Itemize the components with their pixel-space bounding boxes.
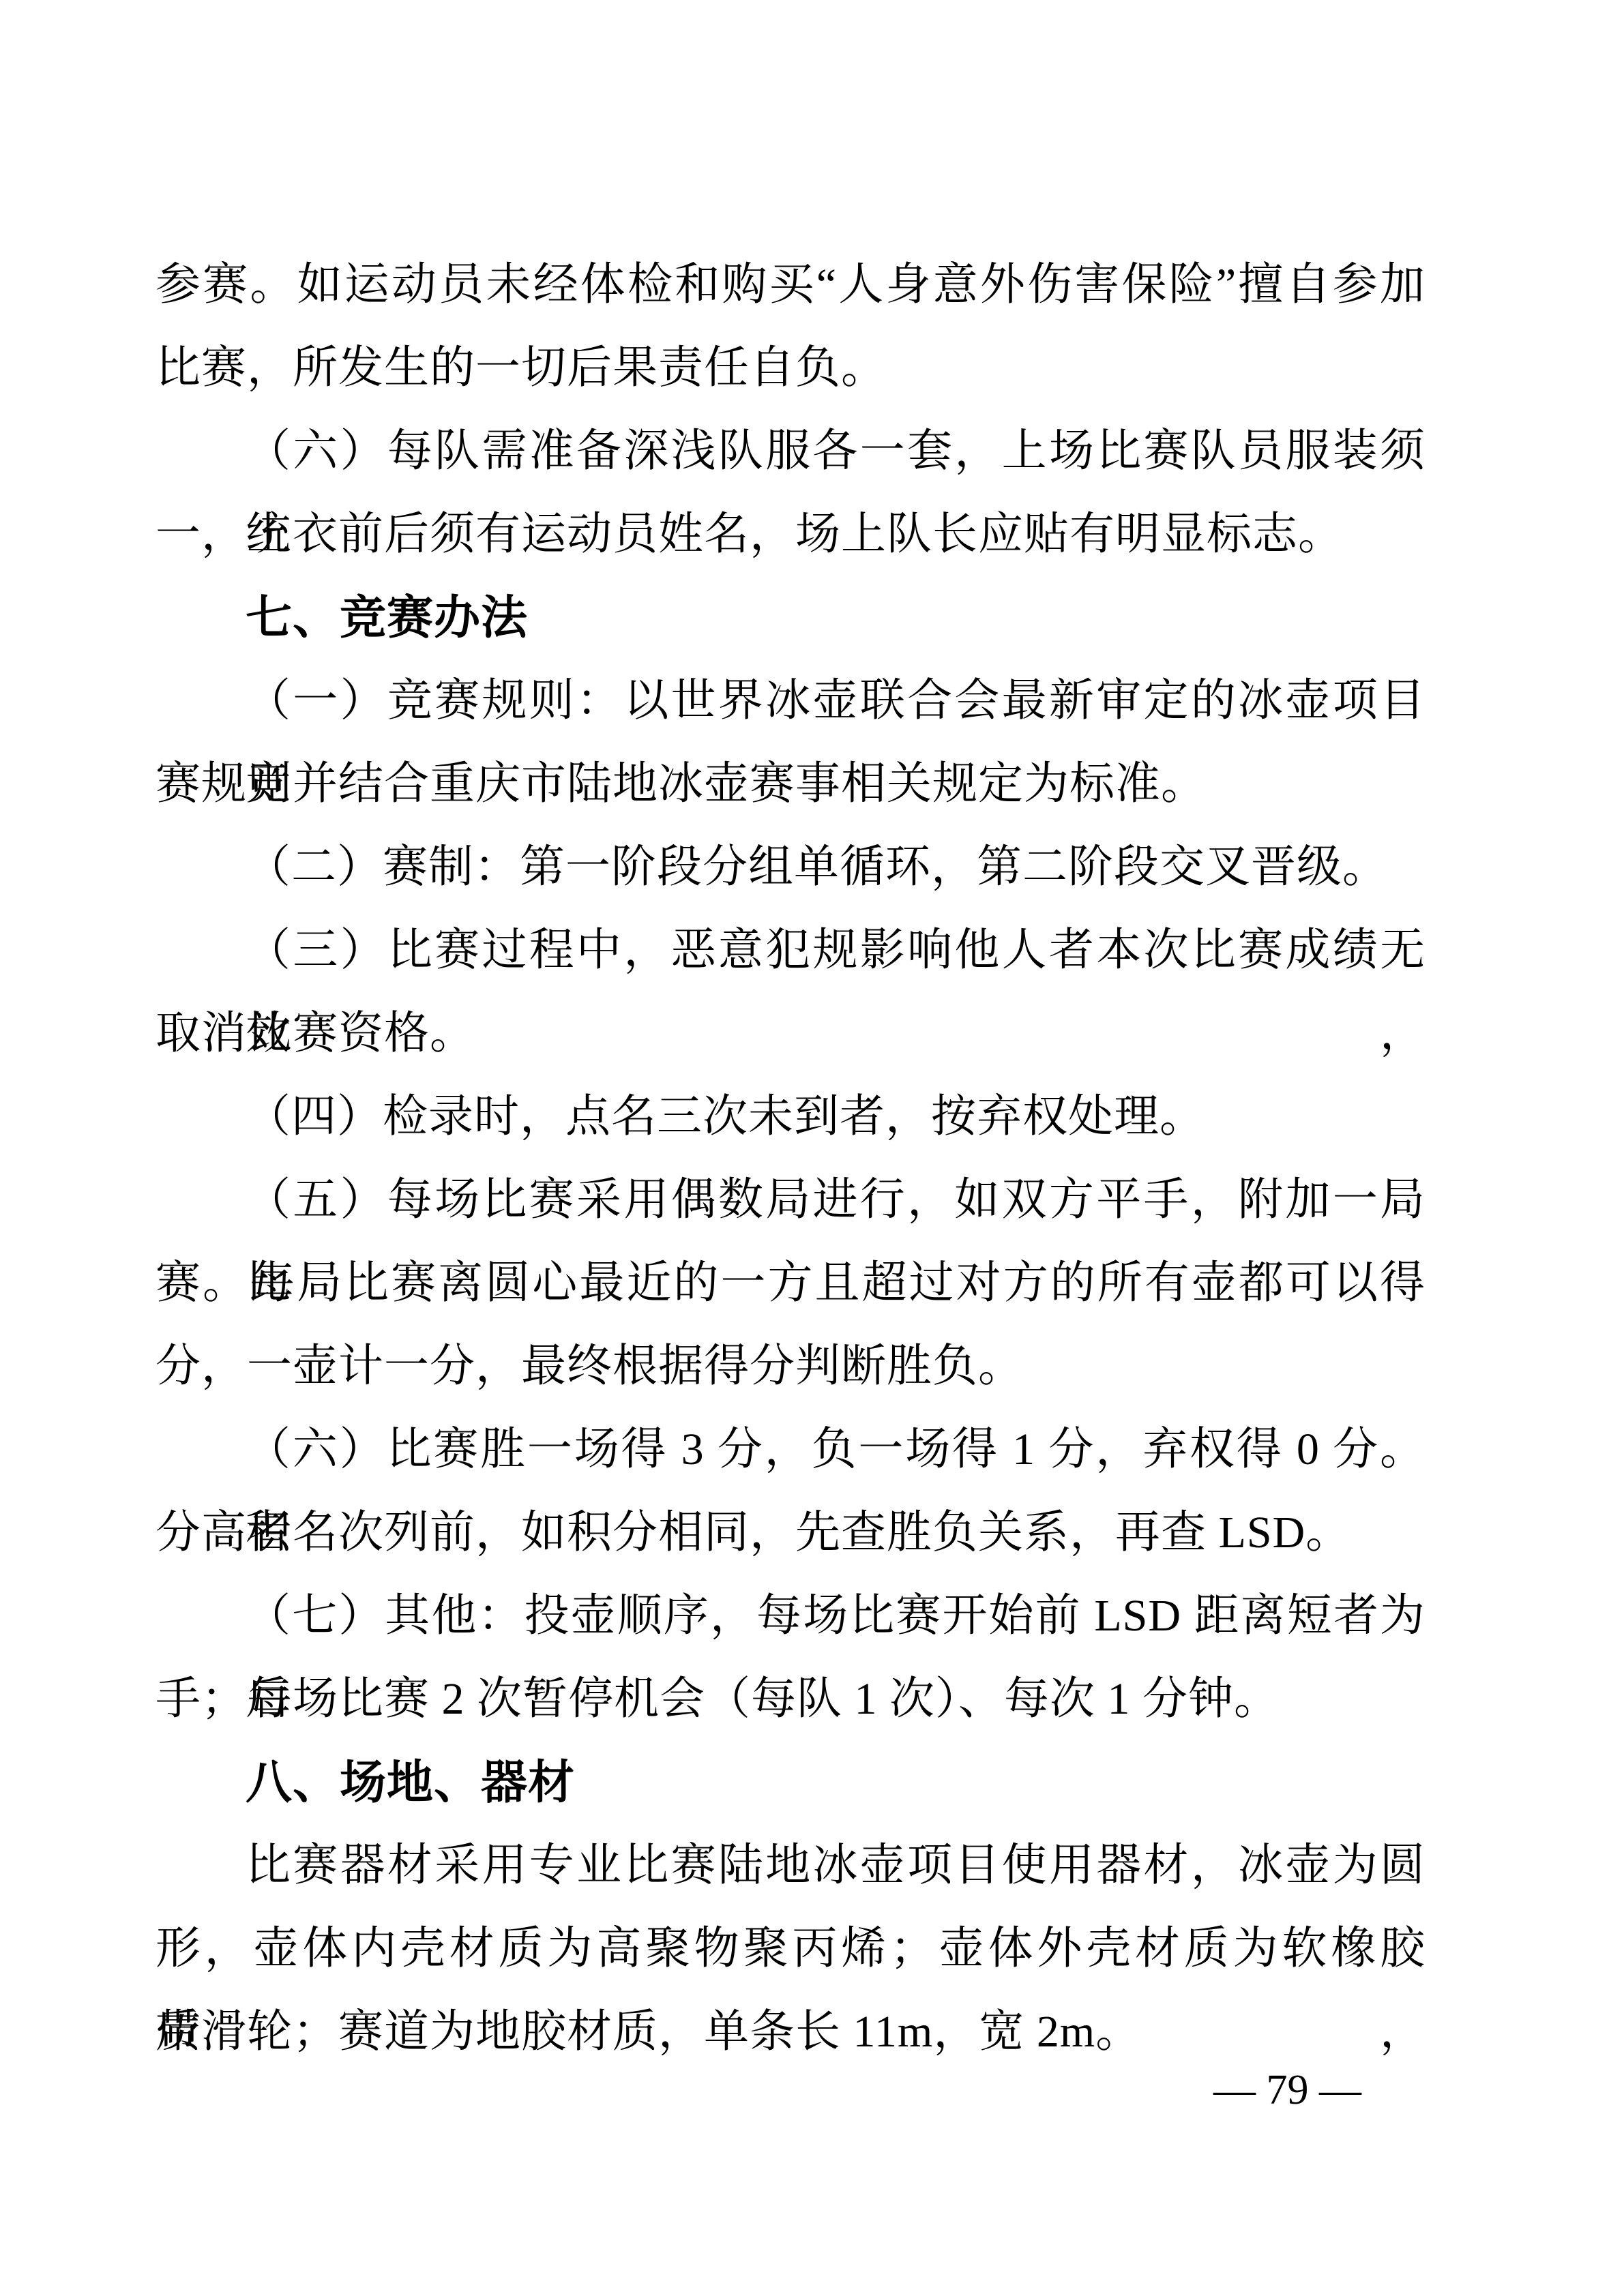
section-heading: 七、竞赛办法 [156, 576, 1426, 659]
text-line: 一，上衣前后须有运动员姓名，场上队长应贴有明显标志。 [156, 493, 1426, 576]
text-line: 形，壶体内壳材质为高聚物聚丙烯；壶体外壳材质为软橡胶质， [156, 1907, 1426, 1991]
text-line: 赛规则并结合重庆市陆地冰壶赛事相关规定为标准。 [156, 743, 1426, 826]
text-line: 赛。每局比赛离圆心最近的一方且超过对方的所有壶都可以得 [156, 1242, 1426, 1325]
text-line: （四）检录时，点名三次未到者，按弃权处理。 [156, 1075, 1426, 1159]
text-line: （六）每队需准备深浅队服各一套，上场比赛队员服装须统 [156, 410, 1426, 493]
text-line: （二）赛制：第一阶段分组单循环，第二阶段交叉晋级。 [156, 826, 1426, 909]
text-line: （六）比赛胜一场得 3 分，负一场得 1 分，弃权得 0 分。积 [156, 1408, 1426, 1491]
text-line: 比赛器材采用专业比赛陆地冰壶项目使用器材，冰壶为圆 [156, 1824, 1426, 1907]
text-line: （一）竞赛规则：以世界冰壶联合会最新审定的冰壶项目竞 [156, 659, 1426, 743]
text-line: 分，一壶计一分，最终根据得分判断胜负。 [156, 1325, 1426, 1408]
page-number: — 79 — [1213, 2059, 1361, 2121]
text-line: 比赛，所发生的一切后果责任自负。 [156, 327, 1426, 410]
text-line: 分高者名次列前，如积分相同，先查胜负关系，再查 LSD。 [156, 1491, 1426, 1575]
document-body: 参赛。如运动员未经体检和购买“人身意外伤害保险”擅自参加比赛，所发生的一切后果责… [156, 243, 1426, 2074]
text-line: （七）其他：投壶顺序，每场比赛开始前 LSD 距离短者为后 [156, 1575, 1426, 1658]
section-heading: 八、场地、器材 [156, 1741, 1426, 1824]
document-page: 参赛。如运动员未经体检和购买“人身意外伤害保险”擅自参加比赛，所发生的一切后果责… [0, 0, 1624, 2296]
text-line: （三）比赛过程中，恶意犯规影响他人者本次比赛成绩无效， [156, 909, 1426, 992]
text-line: 手；每场比赛 2 次暂停机会（每队 1 次）、每次 1 分钟。 [156, 1658, 1426, 1741]
text-line: （五）每场比赛采用偶数局进行，如双方平手，附加一局比 [156, 1159, 1426, 1242]
text-line: 参赛。如运动员未经体检和购买“人身意外伤害保险”擅自参加 [156, 243, 1426, 327]
